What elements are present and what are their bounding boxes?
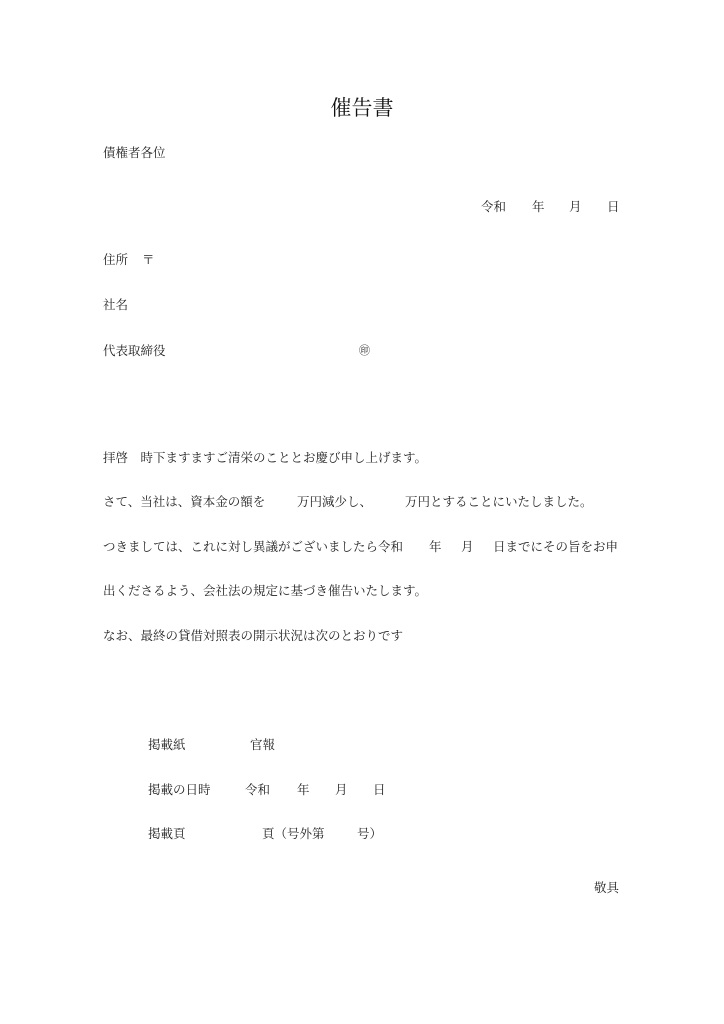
document-title: 催告書 [0,95,724,121]
body-line-2c: 万円とすることにいたしました。 [405,494,593,510]
body-line-2b: 万円減少し、 [297,494,372,510]
publication-date-day: 日 [373,782,386,798]
address-label: 住所 [103,252,128,268]
body-line-2a: さて、当社は、資本金の額を [103,494,265,510]
body-line-3-year: 年 [429,539,442,555]
publication-paper-value: 官報 [250,737,275,753]
company-label: 社名 [103,297,128,313]
closing: 敬具 [594,880,619,896]
publication-page-number-close: 号） [357,826,382,842]
publication-page-label: 掲載頁 [148,826,186,842]
date-year: 年 [532,199,545,215]
addressee: 債権者各位 [103,145,166,161]
publication-date-year: 年 [297,782,310,798]
publication-paper-label: 掲載紙 [148,737,186,753]
body-line-3a: つきましては、これに対し異議がございましたら令和 [103,539,403,555]
body-line-3-month: 月 [461,539,474,555]
seal-icon: ㊞ [359,343,370,359]
publication-page-unit: 頁（号外第 [262,826,325,842]
body-line-4: 出くださるよう、会社法の規定に基づき催告いたします。 [103,583,427,599]
date-month: 月 [569,199,582,215]
postal-mark: 〒 [142,252,155,268]
body-line-3b: 日までにその旨をお申 [493,539,618,555]
publication-date-month: 月 [335,782,348,798]
body-line-5: なお、最終の貸借対照表の開示状況は次のとおりです [103,628,403,644]
representative-label: 代表取締役 [103,343,166,359]
date-era: 令和 [481,199,506,215]
date-day: 日 [607,199,620,215]
greeting: 拝啓 時下ますますご清栄のこととお慶び申し上げます。 [103,450,427,466]
publication-date-era: 令和 [245,782,270,798]
publication-date-label: 掲載の日時 [148,782,211,798]
